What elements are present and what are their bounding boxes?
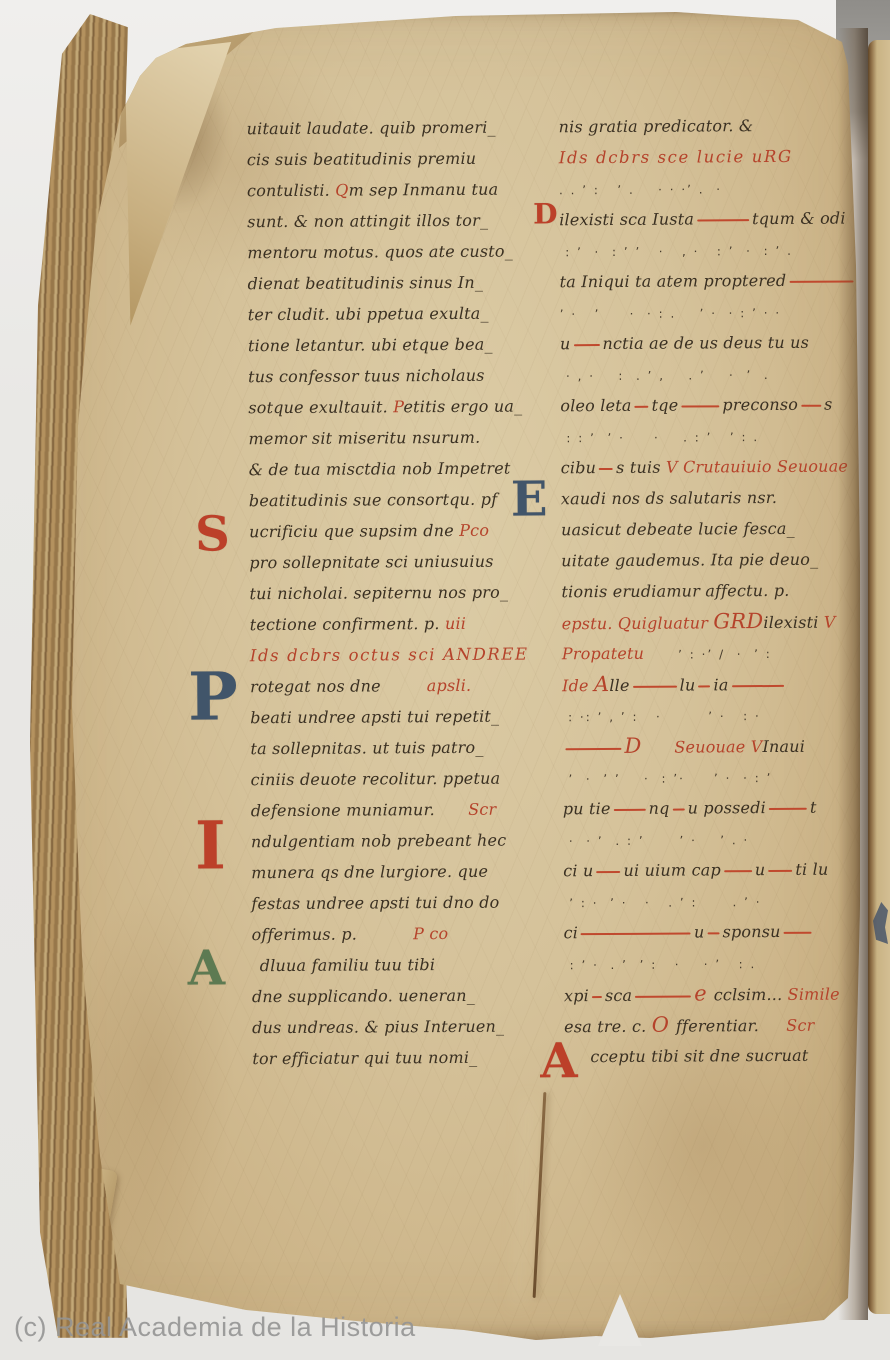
- text-segment: Q: [335, 181, 348, 200]
- text-segment: memor sit miseritu nsurum.: [248, 428, 480, 448]
- text-segment: rotegat nos dne: [250, 676, 381, 696]
- text-segment: ui uium cap: [623, 860, 721, 880]
- text-segment: nctia ae de us deus tu us: [602, 333, 809, 353]
- red-extender-line: [732, 685, 784, 687]
- text-segment: cibu: [561, 458, 597, 477]
- text-segment: lu: [680, 675, 696, 694]
- illuminated-initial: D: [533, 200, 558, 228]
- neume-row: ’ · ’ · · : . ’ · · : ’ · ·: [560, 295, 862, 328]
- neume-row: · · ’ . : ’ ’ · ’ . ·: [563, 822, 865, 855]
- red-extender-line: [697, 219, 749, 221]
- text-line: sunt. & non attingit illos tor_: [247, 204, 547, 237]
- illuminated-initial: P: [188, 663, 238, 729]
- text-line: cibus tuis V Crutauiuio Seuouae: [561, 450, 863, 483]
- red-extender-line: [633, 686, 677, 688]
- neume-row: : ·: ’ , ’ : · ’ · : ·: [562, 698, 864, 731]
- text-line: defensione muniamur. Scr: [251, 793, 551, 826]
- neume-marks: : ’ · . ’ ’ : · · ’ : .: [564, 957, 757, 972]
- text-line: Exaudi nos ds salutaris nsr.: [561, 481, 863, 514]
- text-segment: s: [824, 395, 833, 414]
- text-segment: tqe: [652, 396, 679, 415]
- text-segment: m sep Inmanu tua: [348, 180, 498, 200]
- text-line: tor efficiatur qui tuu nomi_: [252, 1041, 552, 1074]
- text-line: beati undree apsti tui repetit_: [250, 700, 550, 733]
- text-line: tionis erudiamur affectu. p.: [561, 574, 863, 607]
- text-segment: P co: [413, 924, 448, 943]
- text-segment: sca: [605, 986, 632, 1005]
- text-segment: u: [560, 334, 571, 353]
- neume-row: : ’ · . ’ ’ : · · ’ : .: [564, 946, 866, 979]
- text-segment: V: [824, 613, 836, 632]
- red-extender-line: [596, 871, 620, 873]
- text-line: pu tienqu possedit: [563, 791, 865, 824]
- text-segment: munera qs dne lurgiore. que: [251, 862, 488, 882]
- text-line: epstu. Quigluatur GRDilexisti V: [562, 605, 864, 638]
- neume-marks: ’ : ·’ / · ’ :: [678, 647, 772, 662]
- text-line: Ids dcbrs octus sci ANDREE: [250, 638, 550, 671]
- text-segment: e: [694, 981, 714, 1005]
- text-segment: beati undree apsti tui repetit_: [250, 707, 499, 728]
- text-segment: ti lu: [795, 860, 828, 879]
- text-line: Acceptu tibi sit dne sucruat: [564, 1039, 866, 1072]
- text-segment: dne supplicando. ueneran_: [252, 986, 475, 1006]
- text-segment: uasicut debeate lucie fesca_: [561, 519, 795, 539]
- text-line: tus confessor tuus nicholaus: [248, 359, 548, 392]
- text-segment: dienat beatitudinis sinus In_: [248, 273, 484, 293]
- text-segment: Propatetu: [562, 644, 644, 664]
- red-extender-line: [565, 748, 621, 750]
- text-line: Dilexisti sca Iustatqum & odi: [559, 202, 861, 235]
- text-segment: sponsu: [722, 922, 780, 941]
- text-segment: nq: [649, 799, 670, 818]
- right-text-column: nis gratia predicator. &Ids dcbrs sce lu…: [559, 109, 867, 1072]
- neume-row: : : ’ ’ · · . : ’ ’ : .: [560, 419, 862, 452]
- text-segment: Scr: [468, 800, 496, 819]
- red-extender-line: [673, 809, 685, 811]
- text-line: contulisti. Qm sep Inmanu tua: [247, 173, 547, 206]
- text-segment: uii: [445, 614, 466, 633]
- neume-marks: : ·: ’ , ’ : · ’ · : ·: [562, 709, 761, 724]
- text-line: pro sollepnitate sci uniusuius: [249, 545, 549, 578]
- text-segment: festas undree apsti tui dno do: [251, 893, 499, 914]
- text-segment: preconso: [722, 395, 798, 414]
- neume-marks: · , · : . ’ , . ’ · ’ .: [560, 368, 770, 383]
- text-segment: V: [751, 737, 763, 756]
- photo-backdrop: uitauit laudate. quib promeri_cis suis b…: [0, 0, 890, 1360]
- text-line: ciusponsu: [563, 915, 865, 948]
- text-segment: nis gratia predicator. &: [559, 116, 754, 136]
- text-segment: Scr: [786, 1016, 814, 1035]
- text-segment: ta sollepnitas. ut tuis patro_: [250, 738, 483, 758]
- text-line: munera qs dne lurgiore. que: [251, 855, 551, 888]
- text-line: oleo letatqepreconsos: [560, 388, 862, 421]
- text-area: uitauit laudate. quib promeri_cis suis b…: [0, 0, 890, 1360]
- text-segment: ter cludit. ubi ppetua exulta_: [248, 304, 489, 324]
- red-extender-line: [614, 809, 646, 811]
- text-line: cis suis beatitudinis premiu: [247, 142, 547, 175]
- text-segment: mentoru motus. quos ate custo_: [247, 242, 513, 263]
- text-segment: ucrificiu que supsim dne: [249, 521, 459, 541]
- text-line: uasicut debeate lucie fesca_: [561, 512, 863, 545]
- text-segment: ciniis deuote recolitur. ppetua: [251, 769, 501, 790]
- text-line: ci uui uium caputi lu: [563, 853, 865, 886]
- red-extender-line: [599, 468, 613, 470]
- text-segment: dluua familiu tuu tibi: [260, 955, 436, 975]
- text-segment: Ids dcbrs octus sci ANDREE: [250, 644, 529, 665]
- red-extender-line: [573, 344, 599, 346]
- text-segment: pro sollepnitate sci uniusuius: [249, 552, 493, 572]
- text-line: dienat beatitudinis sinus In_: [247, 266, 547, 299]
- text-line: nis gratia predicator. &: [559, 109, 861, 142]
- text-line: beatitudinis sue consortqu. pf: [249, 483, 549, 516]
- text-segment: Quigluatur: [618, 613, 714, 633]
- text-segment: xpi: [564, 986, 589, 1005]
- text-segment: Crutauiuio: [683, 457, 777, 477]
- red-extender-line: [769, 808, 807, 810]
- text-segment: ci u: [563, 861, 593, 880]
- text-segment: beatitudinis sue consortqu. pf: [249, 490, 498, 511]
- red-extender-line: [801, 405, 821, 407]
- text-segment: s tuis: [616, 458, 666, 477]
- text-line: mentoru motus. quos ate custo_: [247, 235, 547, 268]
- text-segment: t: [810, 798, 817, 817]
- text-segment: tectione confirment. p.: [250, 614, 445, 634]
- text-line: Adluua familiu tuu tibi: [252, 948, 552, 981]
- text-segment: sotque exultauit.: [248, 397, 393, 417]
- red-extender-line: [681, 405, 719, 407]
- text-line: D Seuouae VInaui: [562, 729, 864, 762]
- text-line: ter cludit. ubi ppetua exulta_: [248, 297, 548, 330]
- next-page-initial-showthrough: [873, 902, 888, 944]
- text-line: Protegat nos dneapsli.: [250, 669, 550, 702]
- text-line: dne supplicando. ueneran_: [252, 979, 552, 1012]
- red-extender-line: [635, 406, 649, 408]
- text-segment: V: [666, 458, 683, 477]
- text-line: & de tua misctdia nob Impetret: [249, 452, 549, 485]
- text-segment: ia: [713, 675, 728, 694]
- text-segment: ndulgentiam nob prebeant hec: [251, 831, 506, 852]
- text-line: festas undree apsti tui dno do: [251, 886, 551, 919]
- neume-marks: : ’ · : ’ ’ · , · : ’ · : ’ .: [559, 244, 793, 259]
- text-line: tui nicholai. sepiternu nos pro_: [249, 576, 549, 609]
- text-segment: tionis erudiamur affectu. p.: [561, 581, 789, 601]
- text-line: offerimus. p.P co: [251, 917, 551, 950]
- text-segment: Ide: [562, 676, 594, 695]
- text-line: esa tre. c. O fferentiar. Scr: [564, 1008, 866, 1041]
- text-segment: etitis ergo ua_: [403, 397, 522, 417]
- neume-row: ’ · ’ ’ · : ’· ’ · · : ’: [563, 760, 865, 793]
- text-segment: tui nicholai. sepiternu nos pro_: [249, 583, 508, 604]
- text-segment: Seuouae: [674, 737, 750, 756]
- text-line: xpiscae cclsim... Simile: [564, 977, 866, 1010]
- text-segment: ta Iniqui ta atem proptered: [560, 271, 787, 291]
- neume-marks: . . ’ : ’ . · · ·’ . ·: [559, 182, 722, 197]
- text-segment: A: [594, 672, 610, 696]
- neume-row: · , · : . ’ , . ’ · ’ .: [560, 357, 862, 390]
- text-line: uitate gaudemus. Ita pie deuo_: [561, 543, 863, 576]
- illuminated-initial: A: [188, 944, 226, 992]
- text-segment: u: [755, 860, 766, 879]
- red-extender-line: [698, 685, 710, 687]
- neume-marks: ’ : · ’ · · . ’ : . ’ ·: [563, 895, 761, 910]
- text-segment: xaudi nos ds salutaris nsr.: [561, 488, 777, 508]
- next-page-edge: [868, 40, 890, 1314]
- text-line: memor sit miseritu nsurum.: [248, 421, 548, 454]
- text-line: sotque exultauit. Petitis ergo ua_: [248, 390, 548, 423]
- illuminated-initial: I: [195, 812, 226, 878]
- text-segment: esa tre. c.: [564, 1017, 652, 1037]
- text-segment: tqum & odi: [752, 209, 846, 229]
- text-segment: O: [652, 1013, 676, 1037]
- neume-row: ’ : · ’ · · . ’ : . ’ ·: [563, 884, 865, 917]
- text-line: Sucrificiu que supsim dne Pco: [249, 514, 549, 547]
- text-segment: pu tie: [563, 799, 611, 818]
- text-segment: fferentiar.: [676, 1016, 764, 1036]
- text-segment: contulisti.: [247, 181, 335, 201]
- red-extender-line: [784, 932, 812, 934]
- text-line: Indulgentiam nob prebeant hec: [251, 824, 551, 857]
- text-segment: tione letantur. ubi etque bea_: [248, 335, 493, 355]
- neume-marks: ’ · ’ · · : . ’ · · : ’ · ·: [560, 306, 781, 321]
- text-segment: ilexisti sca Iusta: [559, 209, 694, 229]
- text-line: unctia ae de us deus tu us: [560, 326, 862, 359]
- text-segment: uitate gaudemus. Ita pie deuo_: [561, 550, 818, 571]
- illuminated-initial: E: [511, 475, 548, 523]
- text-segment: D: [624, 734, 648, 758]
- illuminated-initial: S: [195, 510, 230, 558]
- text-line: Ide Alleluia: [562, 667, 864, 700]
- text-segment: tor efficiatur qui tuu nomi_: [252, 1048, 477, 1068]
- neume-marks: : : ’ ’ · · . : ’ ’ : .: [560, 430, 759, 445]
- text-segment: Ids dcbrs sce lucie uRG: [559, 147, 793, 167]
- text-line: dus undreas. & pius Interuen_: [252, 1010, 552, 1043]
- text-segment: u possedi: [688, 798, 766, 817]
- text-segment: tus confessor tuus nicholaus: [248, 366, 485, 386]
- gutter-shadow: [838, 28, 868, 1320]
- text-segment: uitauit laudate. quib promeri_: [247, 118, 496, 139]
- red-extender-line: [708, 932, 720, 934]
- text-segment: offerimus. p.: [251, 925, 357, 945]
- text-line: uitauit laudate. quib promeri_: [247, 111, 547, 144]
- neume-marks: ’ · ’ ’ · : ’· ’ · · : ’: [563, 771, 773, 786]
- text-segment: defensione muniamur.: [251, 800, 441, 820]
- text-segment: oleo leta: [560, 396, 631, 415]
- text-segment: dus undreas. & pius Interuen_: [252, 1017, 504, 1038]
- text-segment: Inaui: [762, 737, 805, 756]
- text-segment: ilexisti: [763, 613, 824, 632]
- text-segment: cis suis beatitudinis premiu: [247, 149, 477, 169]
- neume-row: : ’ · : ’ ’ · , · : ’ · : ’ .: [559, 233, 861, 266]
- red-extender-line: [768, 870, 792, 872]
- text-line: tectione confirment. p. uii: [250, 607, 550, 640]
- neume-marks: · · ’ . : ’ ’ · ’ . ·: [563, 833, 749, 848]
- red-extender-line: [592, 996, 602, 998]
- red-extender-line: [635, 996, 691, 998]
- text-line: ta Iniqui ta atem proptered: [559, 264, 861, 297]
- text-segment: cclsim...: [714, 985, 788, 1004]
- text-segment: sunt. & non attingit illos tor_: [247, 211, 488, 231]
- neume-row: . . ’ : ’ . · · ·’ . ·: [559, 171, 861, 204]
- illuminated-initial: A: [540, 1037, 578, 1085]
- text-line: Ids dcbrs sce lucie uRG: [559, 140, 861, 173]
- left-text-column: uitauit laudate. quib promeri_cis suis b…: [247, 111, 553, 1074]
- text-segment: lle: [609, 676, 629, 695]
- copyright-watermark: (c) Real Academia de la Historia: [14, 1312, 416, 1343]
- text-segment: apsli.: [427, 676, 472, 695]
- text-segment: u: [694, 922, 705, 941]
- text-line: ciniis deuote recolitur. ppetua: [251, 762, 551, 795]
- text-segment: GRD: [713, 609, 763, 633]
- text-segment: epstu.: [562, 614, 618, 633]
- text-segment: cceptu tibi sit dne sucruat: [590, 1046, 808, 1066]
- text-segment: & de tua misctdia nob Impetret: [249, 459, 511, 480]
- text-line: Propatetu’ : ·’ / · ’ :: [562, 636, 864, 669]
- red-extender-line: [581, 933, 691, 936]
- text-segment: Pco: [459, 521, 489, 540]
- text-segment: ci: [563, 923, 578, 942]
- text-line: ta sollepnitas. ut tuis patro_: [250, 731, 550, 764]
- text-line: tione letantur. ubi etque bea_: [248, 328, 548, 361]
- text-segment: P: [393, 397, 403, 416]
- text-segment: Simile: [788, 985, 840, 1004]
- red-extender-line: [724, 870, 752, 872]
